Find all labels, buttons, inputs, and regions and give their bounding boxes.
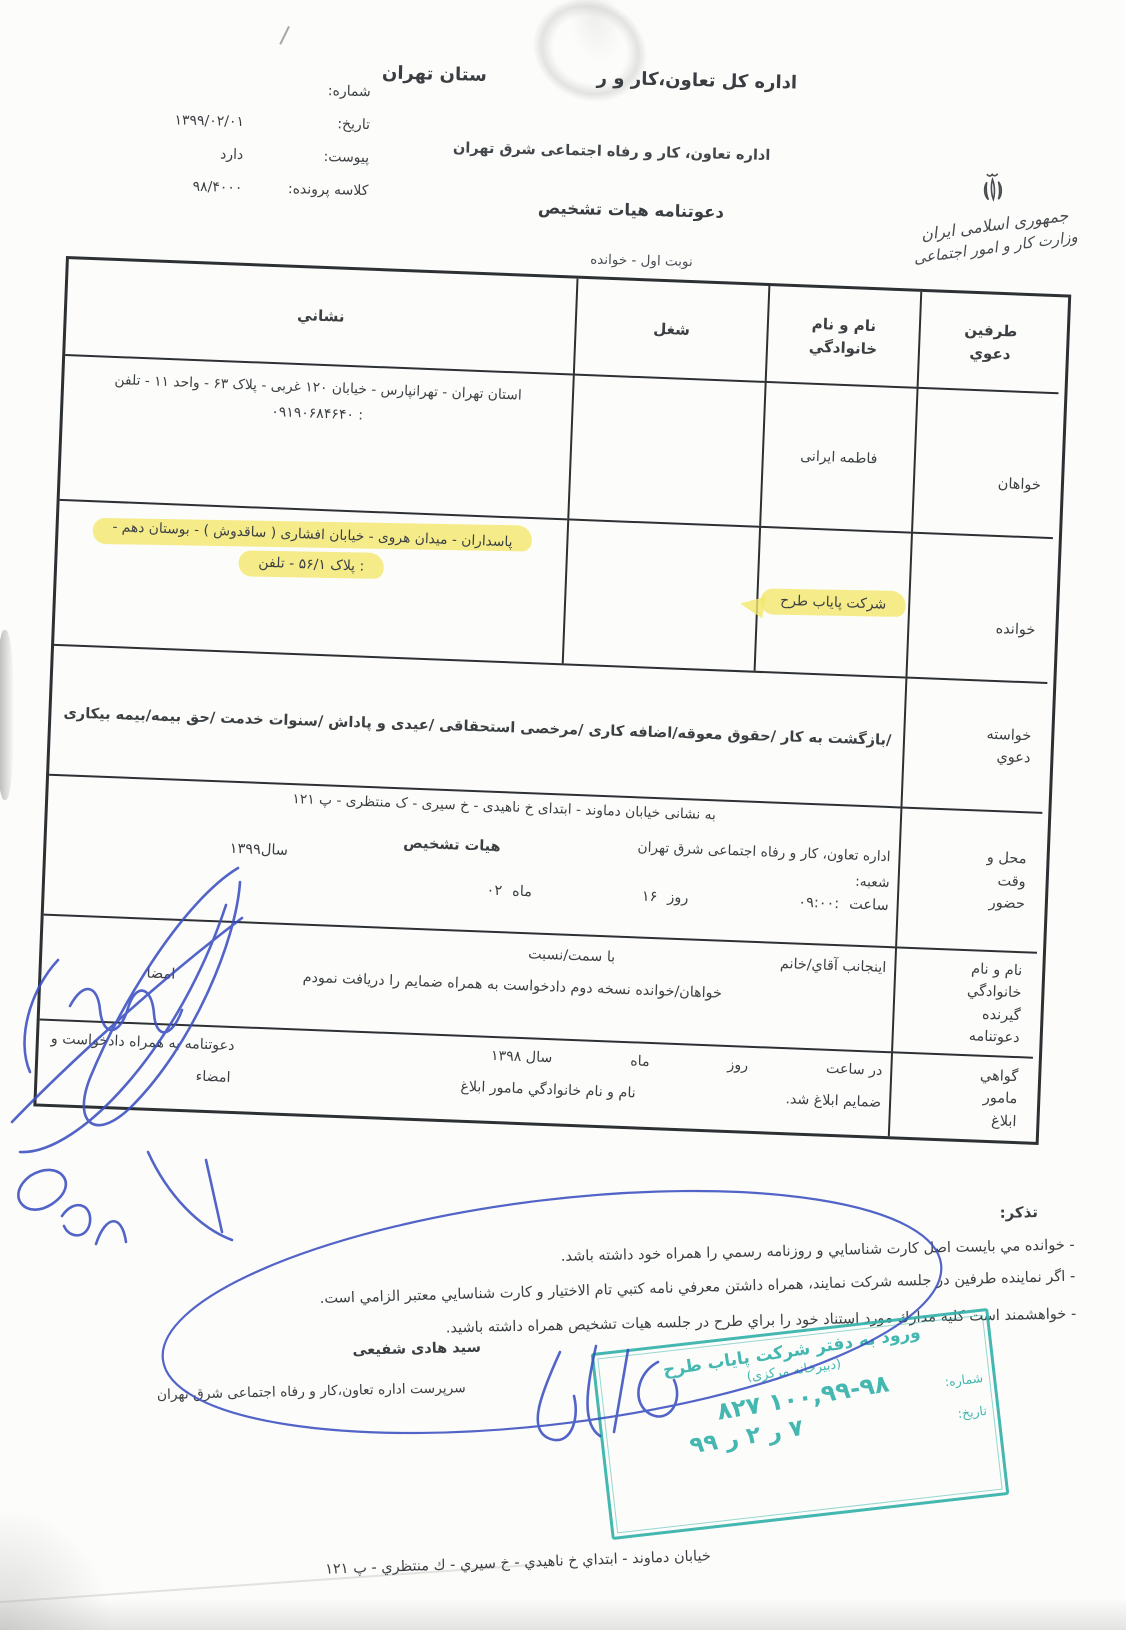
org-title-left: ستان تهران bbox=[382, 62, 487, 86]
officer-line1-tail: دعوتنامه به همراه دادخواست و bbox=[51, 1031, 235, 1054]
officer-month: ماه bbox=[630, 1053, 650, 1070]
stamp-number-label: شماره: bbox=[918, 1370, 983, 1392]
company-entry-stamp: ورود به دفتر شرکت پایاب طرح (دبیرخانه مر… bbox=[591, 1308, 1010, 1540]
officer-name-label: نام و نام خانوادگي مامور ابلاغ bbox=[460, 1079, 636, 1102]
defendant-address-line1-highlighted: پاسداران - میدان هروی - خیابان افشاری ( … bbox=[102, 517, 523, 553]
time-value: :۰۹:۰۰ bbox=[798, 895, 840, 913]
day-value: ۱۶ bbox=[642, 889, 658, 906]
col-header-job: شغل bbox=[573, 279, 769, 381]
footer-address: خیابان دماوند - ابتداي خ ناهیدي - خ سیري… bbox=[118, 1541, 918, 1585]
case-value: ۹۸/۴۰۰۰ bbox=[192, 179, 242, 196]
iran-allah-emblem-icon bbox=[975, 169, 1011, 209]
plaintiff-address-cell: استان تهران - تهرانپارس - خیابان ۱۲۰ غرب… bbox=[60, 354, 573, 518]
officer-at-time: در ساعت bbox=[826, 1061, 883, 1079]
row-label-officer: گواهي مامور ابلاغ bbox=[888, 1051, 1033, 1141]
claim-text: /بازگشت به کار /حقوق معوقه/اضافه کاری /م… bbox=[63, 704, 891, 748]
officer-served-text: ضمایم ابلاغ شد. bbox=[785, 1091, 881, 1111]
time-label: ساعت bbox=[849, 897, 889, 915]
document-header: اداره کل تعاون،کار و ر ستان تهران اداره … bbox=[0, 0, 1126, 283]
venue-time: ساعت :۰۹:۰۰ bbox=[798, 895, 889, 914]
recipient-salutation: اینجانب آقاي/خانم bbox=[780, 956, 887, 976]
plaintiff-name-cell: فاطمه ایرانی bbox=[759, 381, 916, 532]
meta-date: تاریخ: ۱۳۹۹/۰۲/۰۱ bbox=[70, 110, 370, 133]
plaintiff-address-line1: استان تهران - تهرانپارس - خیابان ۱۲۰ غرب… bbox=[114, 372, 522, 404]
defendant-address-cell: پاسداران - میدان هروی - خیابان افشاری ( … bbox=[54, 499, 567, 663]
left-edge-smudge bbox=[0, 630, 14, 800]
defendant-job-cell bbox=[562, 518, 759, 670]
defendant-name-highlighted: شرکت پایاب طرح bbox=[770, 590, 897, 615]
meta-case: کلاسه پرونده: ۹۸/۴۰۰۰ bbox=[68, 176, 368, 199]
scanned-summons-document: اداره کل تعاون،کار و ر ستان تهران اداره … bbox=[0, 0, 1126, 1630]
date-value: ۱۳۹۹/۰۲/۰۱ bbox=[174, 112, 244, 130]
bottom-left-smudge bbox=[0, 1510, 110, 1630]
official-role: سرپرست اداره تعاون،کار و رفاه اجتماعی شر… bbox=[157, 1380, 466, 1403]
defendant-address-line2-highlighted: : پلاک ۵۶/۱ - تلفن bbox=[248, 552, 375, 577]
meta-attachment: پیوست: دارد bbox=[69, 143, 369, 166]
stamp-date-label: تاریخ: bbox=[922, 1402, 987, 1424]
venue-month: ماه ۰۲ bbox=[486, 883, 532, 901]
notes-section: تذکر: - خوانده مي بايست اصل کارت شناسايي… bbox=[0, 1193, 1126, 1219]
row-label-recipient: نام و نام خانوادگي گیرنده دعوتنامه bbox=[891, 946, 1037, 1056]
officer-day: روز bbox=[727, 1057, 748, 1074]
note-item-1: - خوانده مي بايست اصل کارت شناسايي و روز… bbox=[561, 1236, 1075, 1265]
form-round-subtitle: نوبت اول - خوانده bbox=[590, 252, 693, 271]
venue-day: روز ۱۶ bbox=[642, 889, 689, 907]
row-label-defendant: خوانده bbox=[905, 532, 1052, 682]
attachment-label: پیوست: bbox=[251, 147, 369, 166]
recipient-signature-label: امضا bbox=[146, 966, 175, 983]
officer-year: سال ۱۳۹۸ bbox=[491, 1048, 553, 1066]
venue-branch-block: اداره تعاون، کار و رفاه اجتماعی شرق تهرا… bbox=[559, 831, 891, 896]
month-label: ماه bbox=[512, 884, 532, 901]
date-label: تاریخ: bbox=[252, 114, 370, 133]
venue-year: سال۱۳۹۹ bbox=[229, 819, 289, 859]
col-header-name: نام و نام خانوادگي bbox=[765, 286, 921, 387]
recipient-role-relation: با سمت/نسبت bbox=[528, 946, 616, 965]
row-label-claim: خواسته دعوي bbox=[900, 677, 1047, 812]
row-label-plaintiff: خواهان bbox=[911, 387, 1058, 537]
attachment-value: دارد bbox=[220, 146, 244, 163]
plaintiff-address-line2: : ۰۹۱۹۰۶۸۴۶۴۰ bbox=[271, 404, 363, 424]
plaintiff-job-cell bbox=[567, 374, 764, 526]
department-line: اداره تعاون، کار و رفاه اجتماعی شرق تهرا… bbox=[453, 140, 771, 164]
row-label-venue: محل و وقت حضور bbox=[895, 806, 1042, 951]
month-value: ۰۲ bbox=[486, 883, 502, 900]
org-title-right: اداره کل تعاون،کار و ر bbox=[597, 68, 798, 94]
form-title: دعوتنامه هیات تشخیص bbox=[538, 198, 724, 222]
officer-signature-label: امضاء bbox=[195, 1069, 230, 1086]
bottom-scan-shadow bbox=[0, 1598, 1126, 1630]
meta-number: شماره: bbox=[71, 77, 371, 100]
venue-board-name: هیات تشخیص bbox=[403, 825, 501, 855]
header-meta-block: شماره: تاریخ: ۱۳۹۹/۰۲/۰۱ پیوست: دارد کلا… bbox=[68, 77, 371, 216]
defendant-name-cell: شرکت پایاب طرح bbox=[754, 526, 911, 677]
case-label: کلاسه پرونده: bbox=[250, 180, 368, 199]
national-emblem-block: جمهوری اسلامی ایران وزارت کار و امور اجت… bbox=[892, 165, 1096, 261]
notes-title: تذکر: bbox=[999, 1203, 1038, 1222]
number-label: شماره: bbox=[253, 81, 371, 100]
day-label: روز bbox=[667, 890, 689, 907]
official-name: سید هادی شفیعی bbox=[352, 1340, 481, 1359]
summons-form-table: نشاني شغل نام و نام خانوادگي طرفین دعوي … bbox=[33, 256, 1071, 1145]
note-item-2: - اگر نماینده طرفین در جلسه شرکت نمایند،… bbox=[320, 1268, 1076, 1307]
col-header-parties: طرفین دعوي bbox=[917, 292, 1063, 392]
org-title: اداره کل تعاون،کار و ر ستان تهران bbox=[382, 62, 798, 93]
